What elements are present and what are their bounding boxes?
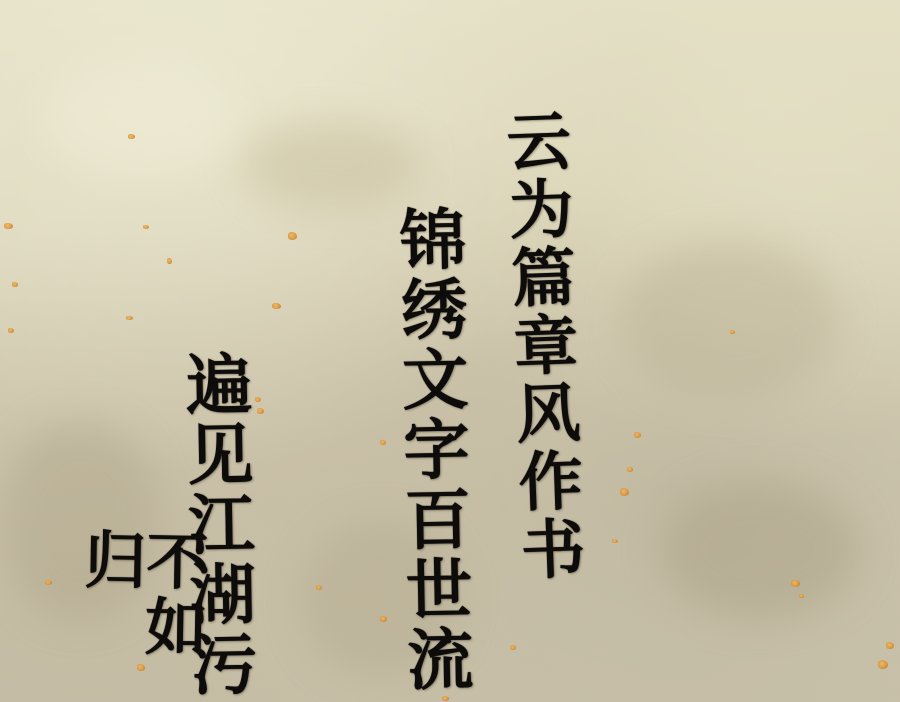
gold-fleck bbox=[878, 660, 888, 669]
poem-column-1: 云为篇章风作书 bbox=[500, 107, 581, 585]
gold-fleck bbox=[128, 134, 135, 139]
gold-fleck bbox=[510, 645, 516, 650]
gold-fleck bbox=[620, 488, 629, 496]
gold-fleck bbox=[272, 303, 281, 309]
gold-fleck bbox=[634, 432, 641, 438]
gold-fleck bbox=[380, 616, 387, 622]
gold-fleck bbox=[45, 580, 52, 585]
gold-fleck bbox=[167, 258, 172, 264]
gold-fleck bbox=[12, 282, 18, 287]
poem-column-2: 锦绣文字百世流 bbox=[394, 204, 469, 695]
paper-stain bbox=[660, 480, 860, 620]
gold-fleck bbox=[126, 316, 133, 320]
gold-fleck bbox=[288, 232, 297, 240]
gold-fleck bbox=[8, 328, 14, 333]
gold-fleck bbox=[627, 467, 633, 472]
gold-fleck bbox=[612, 539, 618, 543]
gold-fleck bbox=[380, 440, 386, 445]
paper-stain bbox=[620, 240, 840, 400]
paper-stain bbox=[240, 120, 420, 210]
gold-fleck bbox=[255, 397, 261, 402]
gold-fleck bbox=[316, 585, 322, 590]
gold-fleck bbox=[730, 330, 735, 334]
gold-fleck bbox=[886, 642, 894, 649]
poem-column-4: 不如归 bbox=[76, 527, 203, 702]
gold-fleck bbox=[799, 594, 804, 598]
gold-fleck bbox=[4, 223, 13, 229]
gold-fleck bbox=[442, 696, 449, 701]
gold-fleck bbox=[143, 225, 149, 229]
gold-fleck bbox=[791, 580, 800, 587]
paper-stain bbox=[40, 60, 240, 180]
calligraphy-paper: 云为篇章风作书 锦绣文字百世流 遍见江湖污 不如归 bbox=[0, 0, 900, 702]
gold-fleck bbox=[257, 408, 264, 414]
